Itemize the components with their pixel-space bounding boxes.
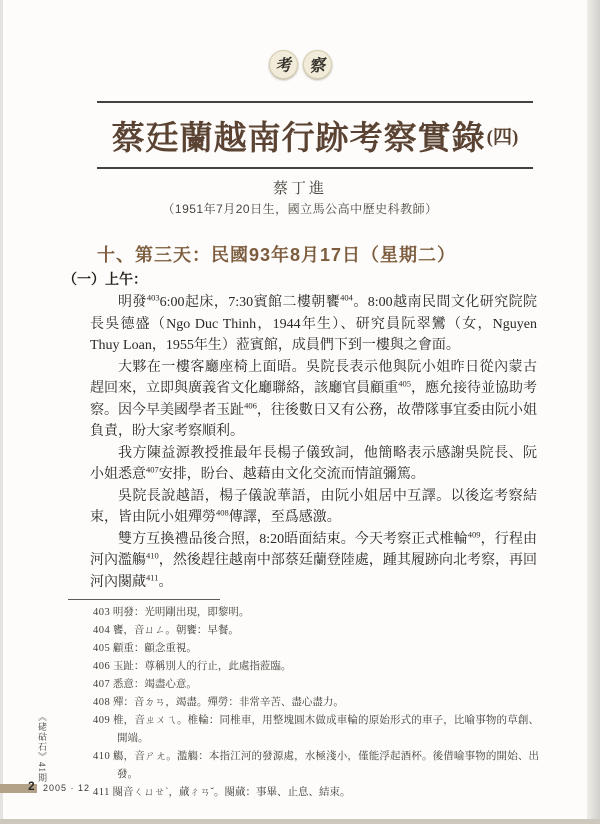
footnote: 408 殫：音ㄉㄢ，竭盡。殫勞：非常辛苦、盡心盡力。 (93, 694, 539, 712)
footnote-ref: 410 (146, 550, 159, 560)
footnote-ref: 411 (146, 572, 158, 582)
subsection-heading: （一）上午： (63, 269, 147, 289)
journal-title-vertical: 《硓𥑮石》41期 (36, 712, 48, 783)
footnote: 410 觴，音ㄕㄤ。濫觴：本指江河的發源處，水極淺小，僅能浮起酒杯。後借喻事物的… (93, 748, 539, 784)
seal-kao-icon: 考 (269, 50, 298, 79)
footnote-ref: 403 (147, 292, 160, 302)
page-number: 2 (28, 779, 35, 793)
footnote-number: 406 (93, 661, 110, 672)
article-title-part-number: (四) (487, 122, 519, 149)
footnote-number: 409 (93, 715, 110, 726)
page-edge-left (0, 0, 3, 824)
footnote: 407 悉意：竭盡心意。 (93, 676, 539, 694)
footnote-number: 405 (93, 643, 110, 654)
footnote-number: 407 (93, 679, 110, 690)
author-name: 蔡丁進 (0, 177, 600, 198)
footnote: 409 椎，音ㄓㄨㄟ。椎輪：同椎車，用整塊圓木做成車輪的原始形式的車子，比喻事物… (93, 712, 539, 748)
footnote-list: 403 明發：光明剛出現，即黎明。404 饔，音ㄩㄥ。朝饔：早餐。405 顧重：… (93, 604, 539, 802)
footnote: 404 饔，音ㄩㄥ。朝饔：早餐。 (93, 622, 539, 640)
paragraph: 我方陳益源教授推最年長楊子儀致詞，他簡略表示感謝吳院長、阮小姐悉意407安排，盼… (90, 443, 537, 486)
scanned-journal-page: 考 察 蔡廷蘭越南行跡考察實錄 (四) 蔡丁進 （1951年7月20日生，國立馬… (0, 0, 600, 824)
paragraph: 明發4036:00起床，7:30賓館二樓朝饔404。8:00越南民間文化研究院院… (90, 292, 537, 357)
footnote: 406 玉趾：尊稱別人的行止，此處指蒞臨。 (93, 658, 539, 676)
footnote-number: 411 (93, 787, 110, 798)
footnote-number: 410 (93, 751, 110, 762)
seal-kao-char: 考 (273, 52, 292, 77)
footnote-number: 408 (93, 697, 110, 708)
footnote-number: 403 (93, 607, 110, 618)
article-title-block: 蔡廷蘭越南行跡考察實錄 (四) (97, 101, 533, 169)
paragraph: 雙方互換禮品後合照，8:20晤面結束。今天考察正式椎輪409，行程由河內濫觴41… (90, 529, 537, 594)
footnote-ref: 405 (398, 378, 411, 388)
seal-cha-icon: 察 (303, 50, 332, 79)
article-body: 明發4036:00起床，7:30賓館二樓朝饔404。8:00越南民間文化研究院院… (90, 292, 537, 593)
footnote-ref: 409 (468, 529, 481, 539)
article-title: 蔡廷蘭越南行跡考察實錄 (112, 112, 486, 159)
page-edge-right (587, 0, 600, 824)
page-edge-bottom (0, 819, 600, 824)
footnote: 403 明發：光明剛出現，即黎明。 (93, 604, 539, 622)
section-heading: 十、第三天：民國93年8月17日（星期二） (97, 241, 456, 267)
footnote-separator (68, 599, 220, 600)
kaocha-seals: 考 察 (0, 50, 600, 79)
footnote: 405 顧重：顧念重視。 (93, 640, 539, 658)
paragraph: 吳院長說越語，楊子儀說華語，由阮小姐居中互譯。以後迄考察結束，皆由阮小姐殫勞40… (90, 486, 537, 529)
paragraph: 大夥在一樓客廳座椅上面晤。吳院長表示他與阮小姐昨日從內蒙古趕回來，立即與廣義省文… (90, 357, 537, 443)
seal-cha-char: 察 (307, 52, 326, 77)
footnote-ref: 406 (244, 400, 257, 410)
footnote-number: 404 (93, 625, 110, 636)
footnote: 411 闋音ㄑㄩㄝˋ，蕆ㄔㄢˇ。闋蕆：事畢、止息、結束。 (93, 784, 539, 802)
issue-date: 2005 · 12 (43, 783, 90, 793)
footnote-ref: 404 (340, 292, 353, 302)
author-affiliation: （1951年7月20日生，國立馬公高中歷史科教師） (0, 200, 600, 217)
footnote-ref: 408 (216, 507, 229, 517)
footnote-ref: 407 (146, 464, 159, 474)
